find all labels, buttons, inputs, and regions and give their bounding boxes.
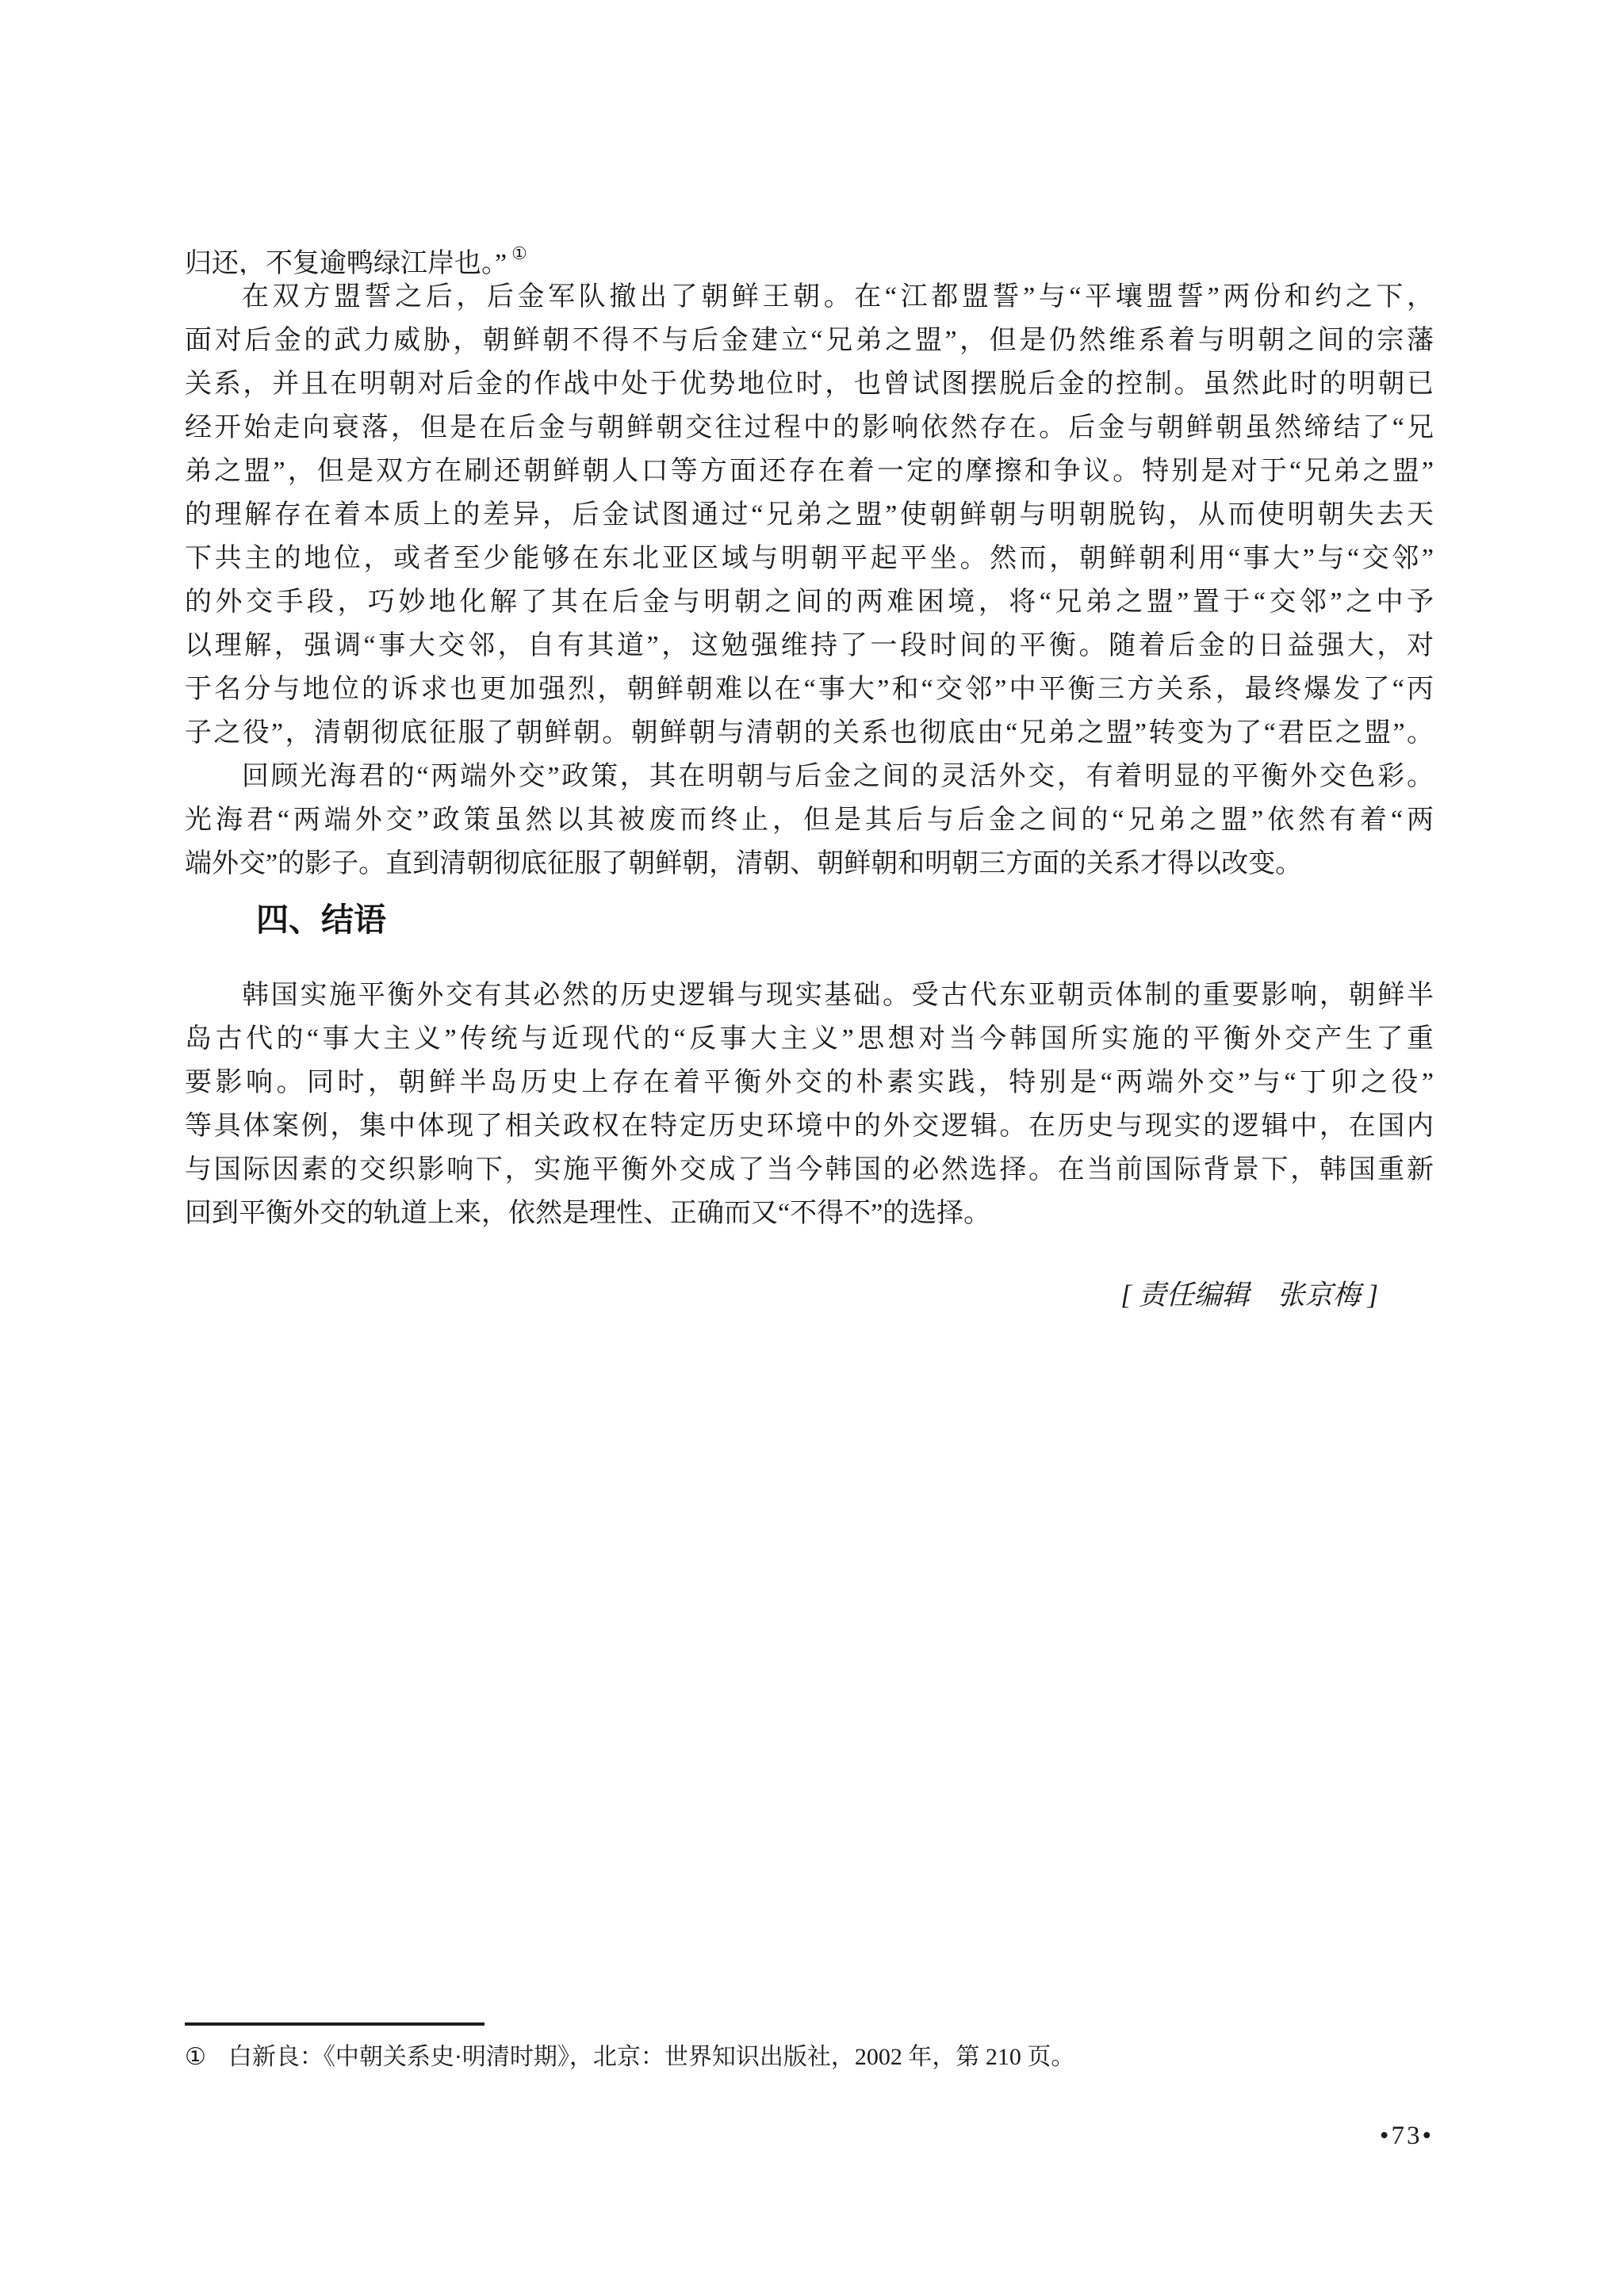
paragraph-end-text: 归还，不复逾鸭绿江岸也。” <box>185 249 507 275</box>
text-line: 面对后金的武力威胁，朝鲜朝不得不与后金建立“兄弟之盟”，但是仍然维系着与明朝之间… <box>185 319 1434 362</box>
text-line: 等具体案例，集中体现了相关政权在特定历史环境中的外交逻辑。在历史与现实的逻辑中，… <box>185 1104 1434 1148</box>
text-line: 子之役”，清朝彻底征服了朝鲜朝。朝鲜朝与清朝的关系也彻底由“兄弟之盟”转变为了“… <box>185 711 1434 755</box>
text-line: 回顾光海君的“两端外交”政策，其在明朝与后金之间的灵活外交，有着明显的平衡外交色… <box>185 755 1434 798</box>
text-line: 端外交”的影子。直到清朝彻底征服了朝鲜朝，清朝、朝鲜朝和明朝三方面的关系才得以改… <box>185 842 1434 886</box>
text-line: 与国际因素的交织影响下，实施平衡外交成了当今韩国的必然选择。在当前国际背景下，韩… <box>185 1148 1434 1192</box>
article-body: 归还，不复逾鸭绿江岸也。”① 在双方盟誓之后，后金军队撤出了朝鲜王朝。在“江都盟… <box>185 232 1434 886</box>
text-line: 的理解存在着本质上的差异，后金试图通过“兄弟之盟”使朝鲜朝与明朝脱钩，从而使明朝… <box>185 493 1434 537</box>
text-line: 于名分与地位的诉求也更加强烈，朝鲜朝难以在“事大”和“交邻”中平衡三方关系，最终… <box>185 668 1434 711</box>
footnote-divider <box>185 2022 485 2026</box>
text-line: 关系，并且在明朝对后金的作战中处于优势地位时，也曾试图摆脱后金的控制。虽然此时的… <box>185 362 1434 406</box>
text-line: 的外交手段，巧妙地化解了其在后金与明朝之间的两难困境，将“兄弟之盟”置于“交邻”… <box>185 580 1434 624</box>
text-line: 归还，不复逾鸭绿江岸也。”① <box>185 232 1434 275</box>
text-line: 经开始走向衰落，但是在后金与朝鲜朝交往过程中的影响依然存在。后金与朝鲜朝虽然缔结… <box>185 406 1434 450</box>
footnote-ref: ① <box>511 243 527 263</box>
text-line: 岛古代的“事大主义”传统与近现代的“反事大主义”思想对当今韩国所实施的平衡外交产… <box>185 1017 1434 1061</box>
footnote: ①白新良：《中朝关系史·明清时期》，北京：世界知识出版社，2002 年，第 21… <box>185 2039 1434 2076</box>
conclusion-paragraph: 韩国实施平衡外交有其必然的历史逻辑与现实基础。受古代东亚朝贡体制的重要影响，朝鲜… <box>185 974 1434 1235</box>
text-line: 回到平衡外交的轨道上来，依然是理性、正确而又“不得不”的选择。 <box>185 1192 1434 1235</box>
text-line: 在双方盟誓之后，后金军队撤出了朝鲜王朝。在“江都盟誓”与“平壤盟誓”两份和约之下… <box>185 275 1434 319</box>
text-line: 下共主的地位，或者至少能够在东北亚区域与明朝平起平坐。然而，朝鲜朝利用“事大”与… <box>185 537 1434 580</box>
page-number: •73• <box>185 2122 1434 2151</box>
footnote-text: 白新良：《中朝关系史·明清时期》，北京：世界知识出版社，2002 年，第 210… <box>228 2044 1075 2070</box>
text-line: 要影响。同时，朝鲜半岛历史上存在着平衡外交的朴素实践，特别是“两端外交”与“丁卯… <box>185 1061 1434 1104</box>
text-line: 光海君“两端外交”政策虽然以其被废而终止，但是其后与后金之间的“兄弟之盟”依然有… <box>185 798 1434 842</box>
text-line: 韩国实施平衡外交有其必然的历史逻辑与现实基础。受古代东亚朝贡体制的重要影响，朝鲜… <box>185 974 1434 1017</box>
document-page: 归还，不复逾鸭绿江岸也。”① 在双方盟誓之后，后金军队撤出了朝鲜王朝。在“江都盟… <box>0 0 1624 2296</box>
text-line: 以理解，强调“事大交邻，自有其道”，这勉强维持了一段时间的平衡。随着后金的日益强… <box>185 624 1434 668</box>
text-line: 弟之盟”，但是双方在刷还朝鲜朝人口等方面还存在着一定的摩擦和争议。特别是对于“兄… <box>185 450 1434 493</box>
editor-credit: [ 责任编辑 张京梅 ] <box>185 1273 1434 1317</box>
section-heading: 四、结语 <box>185 897 1434 943</box>
footnote-marker: ① <box>185 2039 206 2076</box>
